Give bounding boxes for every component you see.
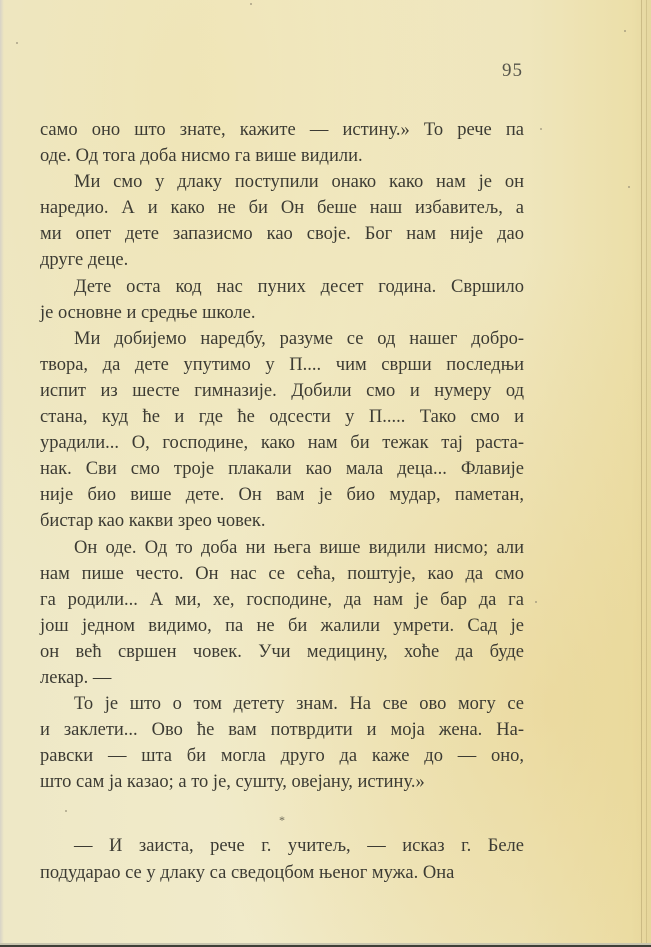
page-number: 95	[502, 60, 523, 82]
text-line: само оно што знате, кажите — истину.» То…	[40, 117, 524, 143]
body-text: само оно што знате, кажите — истину.» То…	[40, 117, 524, 886]
text-line: још једном видимо, па не би жалили умрет…	[40, 613, 524, 639]
text-line: равски — шта би могла друго да каже до —…	[40, 743, 524, 769]
text-line: — И заиста, рече г. учитељ, — исказ г. Б…	[40, 833, 524, 859]
text-line: га родили... А ми, хе, господине, да нам…	[40, 587, 524, 613]
section-separator: *	[40, 807, 524, 833]
text-line: друге деце.	[40, 247, 524, 273]
text-line: је основне и средње школе.	[40, 300, 524, 326]
paper-speck	[250, 3, 252, 5]
paper-speck	[540, 128, 542, 130]
page-right-fold-2	[646, 0, 647, 943]
text-line: стана, куд ће и где ће одсести у П..... …	[40, 404, 524, 430]
paragraph: Дете оста код нас пуних десет година. Св…	[40, 274, 524, 326]
paragraph: само оно што знате, кажите — истину.» То…	[40, 117, 524, 169]
closing-paragraph-container: — И заиста, рече г. учитељ, — исказ г. Б…	[40, 833, 524, 885]
paper-speck	[535, 601, 537, 603]
text-line: Он оде. Од то доба ни њега више видили н…	[40, 535, 524, 561]
paper-speck	[410, 285, 412, 287]
text-line: нам пише често. Он нас се сећа, поштује,…	[40, 561, 524, 587]
paper-speck	[628, 186, 630, 188]
text-line: Ми добијемо наредбу, разуме се од нашег …	[40, 326, 524, 352]
text-line: Ми смо у длаку поступили онако како нам …	[40, 169, 524, 195]
paragraph: Ми добијемо наредбу, разуме се од нашег …	[40, 326, 524, 535]
page-right-fold	[641, 0, 642, 943]
paragraph: То је што о том детету знам. На све ово …	[40, 691, 524, 795]
text-line: То је што о том детету знам. На све ово …	[40, 691, 524, 717]
text-line: твора, да дете упутимо у П.... чим сврши…	[40, 352, 524, 378]
text-line: Дете оста код нас пуних десет година. Св…	[40, 274, 524, 300]
paragraphs-container: само оно што знате, кажите — истину.» То…	[40, 117, 524, 795]
paper-speck	[624, 30, 626, 32]
paper-speck	[16, 42, 18, 44]
text-line: урадили... О, господине, како нам би теж…	[40, 430, 524, 456]
paper-speck	[65, 810, 67, 812]
text-line: оде. Од тога доба нисмо га више видили.	[40, 143, 524, 169]
text-line: испит из шесте гимназије. Добили смо и н…	[40, 378, 524, 404]
text-line: бистар као какви зрео човек.	[40, 508, 524, 534]
text-line: он већ свршен човек. Учи медицину, хоће …	[40, 639, 524, 665]
book-page: 95 само оно што знате, кажите — истину.»…	[0, 0, 651, 945]
text-line: наредио. А и како не би Он беше наш изба…	[40, 195, 524, 221]
page-left-edge	[0, 0, 4, 943]
paragraph: — И заиста, рече г. учитељ, — исказ г. Б…	[40, 833, 524, 885]
text-line: ми опет дете запазисмо као своје. Бог на…	[40, 221, 524, 247]
text-line: што сам ја казао; а то је, сушту, овејан…	[40, 769, 524, 795]
text-line: и заклети... Ово ће вам потврдити и моја…	[40, 717, 524, 743]
text-line: није био више дете. Он вам је био мудар,…	[40, 482, 524, 508]
text-line: подударао се у длаку са сведоцбом њеног …	[40, 860, 524, 886]
text-line: нак. Сви смо троје плакали као мала деца…	[40, 456, 524, 482]
paragraph: Он оде. Од то доба ни њега више видили н…	[40, 535, 524, 692]
text-line: лекар. —	[40, 665, 524, 691]
paragraph: Ми смо у длаку поступили онако како нам …	[40, 169, 524, 273]
